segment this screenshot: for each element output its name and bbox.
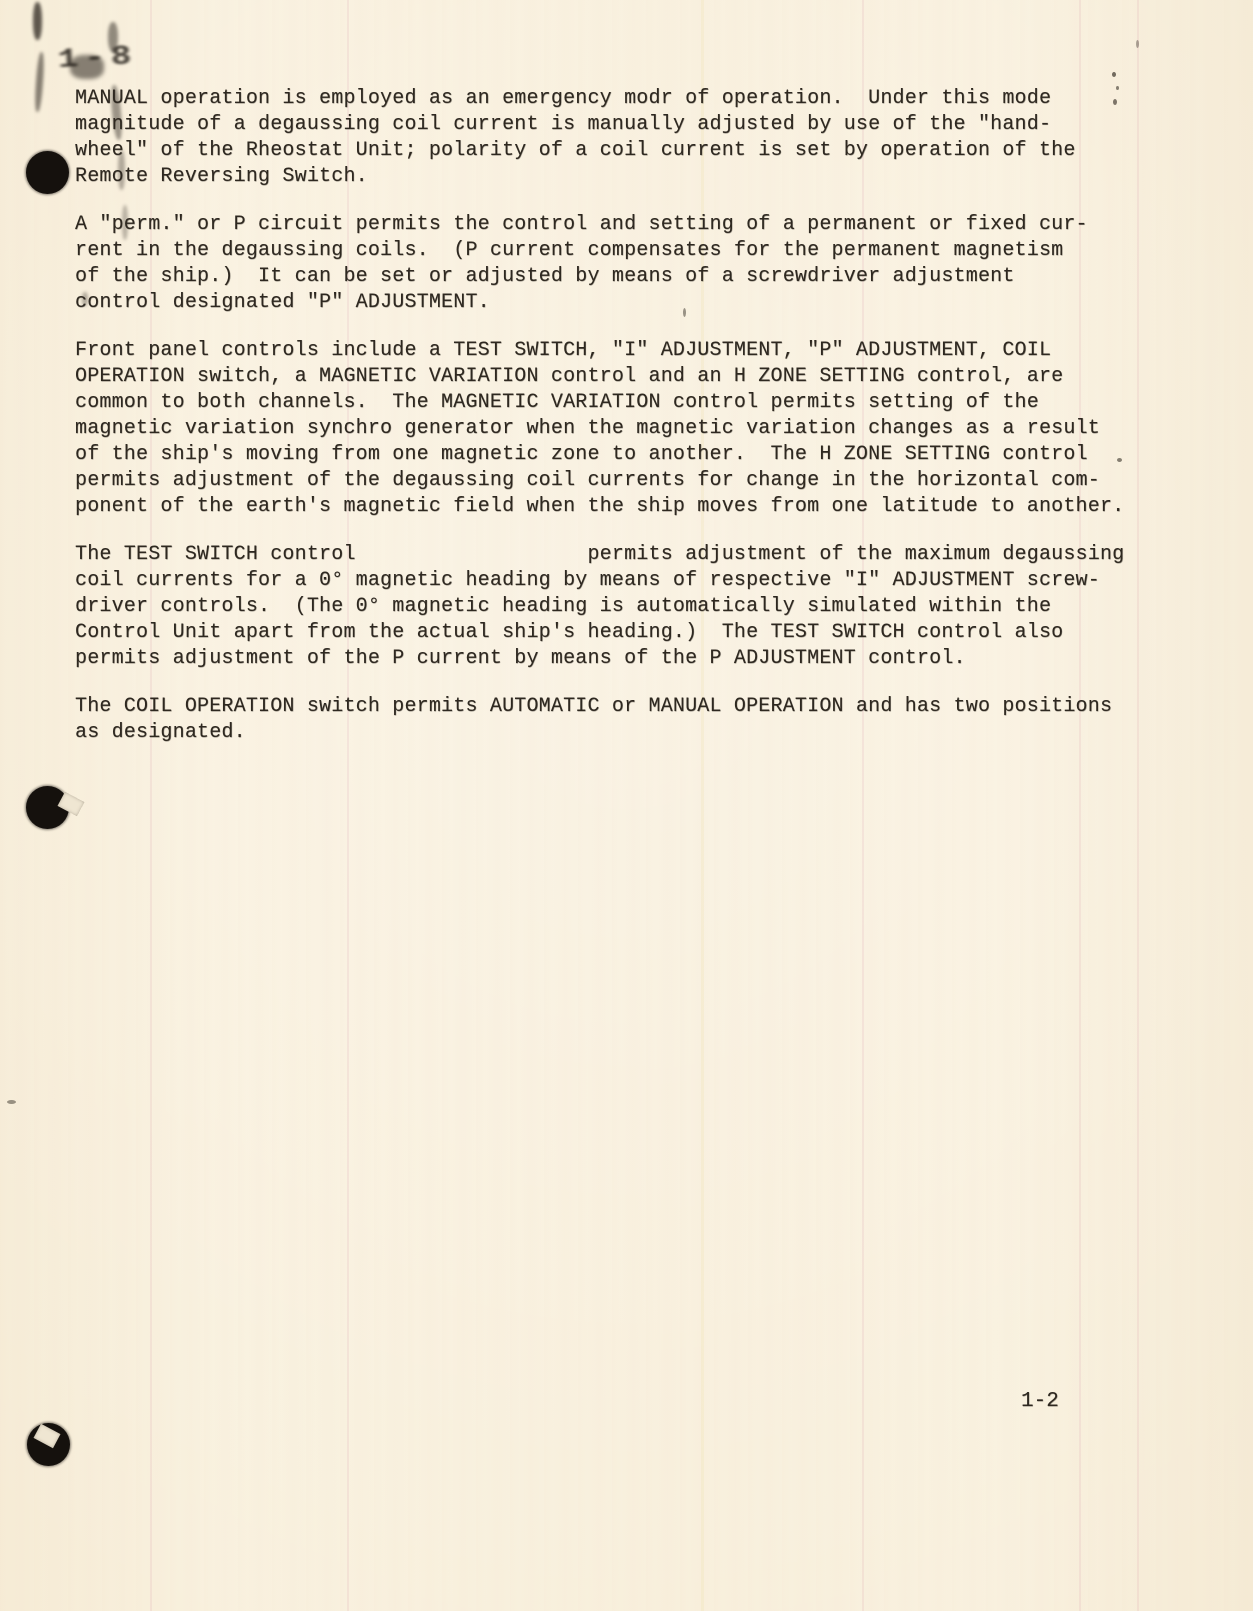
paragraph-test-switch: The TEST SWITCH control permits adjustme… — [75, 542, 1205, 672]
document-body: MANUAL operation is employed as an emerg… — [75, 86, 1205, 768]
ink-stamp: 1-8 — [57, 42, 138, 76]
ink-speck — [7, 1100, 16, 1104]
paragraph-manual-operation: MANUAL operation is employed as an emerg… — [75, 86, 1205, 190]
ink-smudge — [34, 52, 45, 112]
paragraph-front-panel-controls: Front panel controls include a TEST SWIT… — [75, 338, 1205, 520]
page-number: 1-2 — [1021, 1390, 1059, 1413]
paragraph-perm-circuit: A "perm." or P circuit permits the contr… — [75, 212, 1205, 316]
ink-smudge — [33, 2, 42, 40]
hole-punch-top — [26, 151, 69, 194]
ink-speck — [1136, 40, 1139, 48]
ink-speck — [1112, 72, 1116, 77]
scanned-page: 1-8 MANUAL operation is employed as an e… — [0, 0, 1253, 1611]
paragraph-coil-operation: The COIL OPERATION switch permits AUTOMA… — [75, 694, 1205, 746]
